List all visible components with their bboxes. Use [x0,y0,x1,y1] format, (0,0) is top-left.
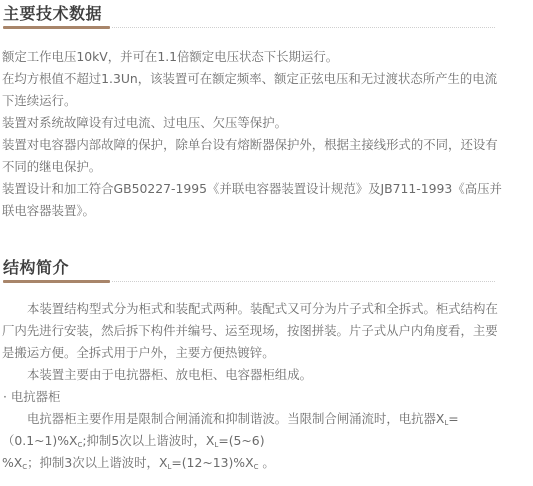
paragraph-line: 装置设计和加工符合GB50227-1995《并联电容器装置设计规范》及JB711… [0,178,533,200]
formula-text: =(12~13)%X [171,455,253,470]
formula-text: =(5~6) [218,433,264,448]
heading-underline [3,280,495,283]
paragraph-line: 厂内先进行安装，然后拆下构件并编号、运至现场，按图拼装。片子式从户内角度看，主要 [0,320,533,342]
section-technical-data: 主要技术数据 额定工作电压10kV，并可在1.1倍额定电压状态下长期运行。 在均… [0,0,533,29]
formula-text: （0.1~1)%X [2,433,77,448]
underline-dotted [112,27,495,28]
formula-text: = [448,411,458,426]
paragraph-line: 联电容器装置》。 [0,200,533,222]
underline-accent [3,26,110,29]
section-heading-technical-data: 主要技术数据 [3,2,533,26]
section-heading-structure-intro: 结构简介 [3,256,533,280]
formula-text: %X [2,455,22,470]
paragraph-line: 下连续运行。 [0,90,533,112]
paragraph-line: 在均方根值不超过1.3Un，该装置可在额定频率、额定正弦电压和无过渡状态所产生的… [0,68,533,90]
section-body: 额定工作电压10kV，并可在1.1倍额定电压状态下长期运行。 在均方根值不超过1… [0,46,533,222]
section-structure-intro: 结构简介 本装置结构型式分为柜式和装配式两种。装配式又可分为片子式和全拆式。柜式… [0,254,533,283]
underline-dotted [112,281,495,282]
paragraph-line: 装置对系统故障设有过电流、过电压、欠压等保护。 [0,112,533,134]
paragraph-line: 不同的继电保护。 [0,156,533,178]
paragraph-line: 本装置主要由于电抗器柜、放电柜、电容器柜组成。 [0,364,533,386]
paragraph-line: 电抗器柜主要作用是限制合闸涌流和抑制谐波。当限制合闸涌流时，电抗器XL= [0,408,533,430]
section-body: 本装置结构型式分为柜式和装配式两种。装配式又可分为片子式和全拆式。柜式结构在 厂… [0,298,533,474]
paragraph-line: （0.1~1)%XC;抑制5次以上谐波时，XL=(5~6) [0,430,533,452]
paragraph-line: 本装置结构型式分为柜式和装配式两种。装配式又可分为片子式和全拆式。柜式结构在 [0,298,533,320]
bullet-item-reactor-cabinet: · 电抗器柜 [0,386,533,408]
underline-accent [3,280,110,283]
paragraph-line: 是搬运方便。全拆式用于户外，主要方便热镀锌。 [0,342,533,364]
formula-text: ；抑制3次以上谐波时，X [27,455,167,470]
heading-underline [3,26,495,29]
paragraph-line: %XC；抑制3次以上谐波时，XL=(12~13)%XC 。 [0,452,533,474]
paragraph-line: 额定工作电压10kV，并可在1.1倍额定电压状态下长期运行。 [0,46,533,68]
formula-text: ;抑制5次以上谐波时，X [82,433,214,448]
formula-text: 。 [258,455,274,470]
formula-text: 电抗器柜主要作用是限制合闸涌流和抑制谐波。当限制合闸涌流时，电抗器X [27,411,444,426]
paragraph-line: 装置对电容器内部故障的保护，除单台设有熔断器保护外，根据主接线形式的不同，还设有 [0,134,533,156]
